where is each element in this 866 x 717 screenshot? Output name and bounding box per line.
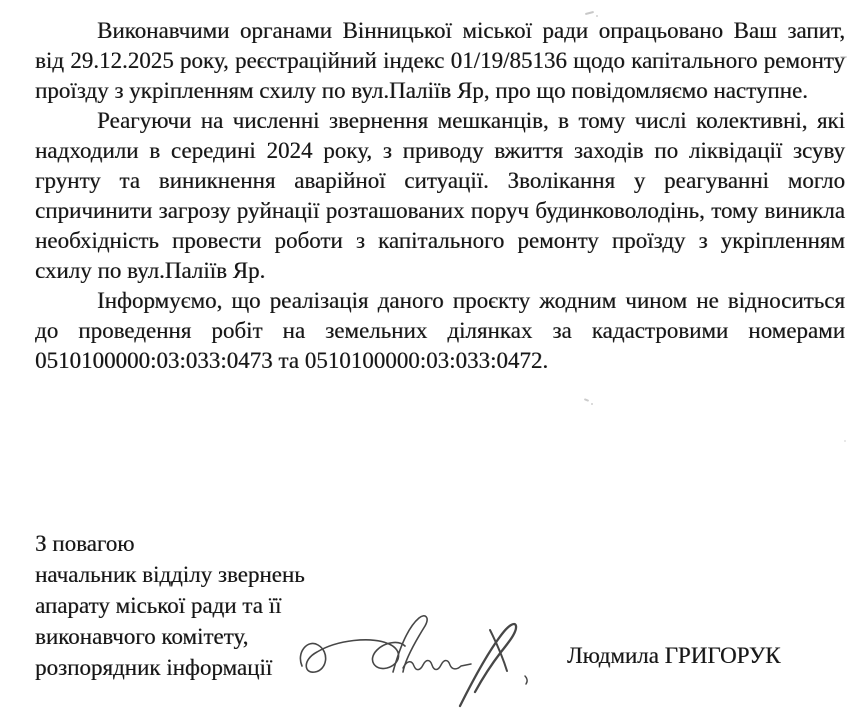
handwritten-signature-image <box>292 608 592 713</box>
scan-artifact <box>584 398 589 402</box>
signature-block: З повагою начальник відділу звернень апа… <box>35 528 305 683</box>
closing-salutation: З повагою <box>35 528 305 559</box>
letter-paragraph-3: Інформуємо, що реалізація даного проєкту… <box>35 286 845 376</box>
letter-paragraph-1: Виконавчими органами Вінницької міської … <box>35 16 845 106</box>
scan-artifact <box>591 403 593 405</box>
closing-title-line-3: виконавчого комітету, <box>35 621 305 652</box>
scan-artifact <box>596 15 598 17</box>
letter-page: Виконавчими органами Вінницької міської … <box>0 0 866 717</box>
signer-name: Людмила ГРИГОРУК <box>567 643 781 669</box>
scan-artifact <box>844 440 846 442</box>
scan-artifact <box>585 11 594 15</box>
scan-artifact <box>840 56 847 58</box>
closing-title-line-4: розпорядник інформації <box>35 652 305 683</box>
closing-title-line-1: начальник відділу звернень <box>35 559 305 590</box>
letter-body: Виконавчими органами Вінницької міської … <box>35 16 845 376</box>
closing-title-line-2: апарату міської ради та її <box>35 590 305 621</box>
letter-paragraph-2: Реагуючи на численні звернення мешканців… <box>35 106 845 286</box>
